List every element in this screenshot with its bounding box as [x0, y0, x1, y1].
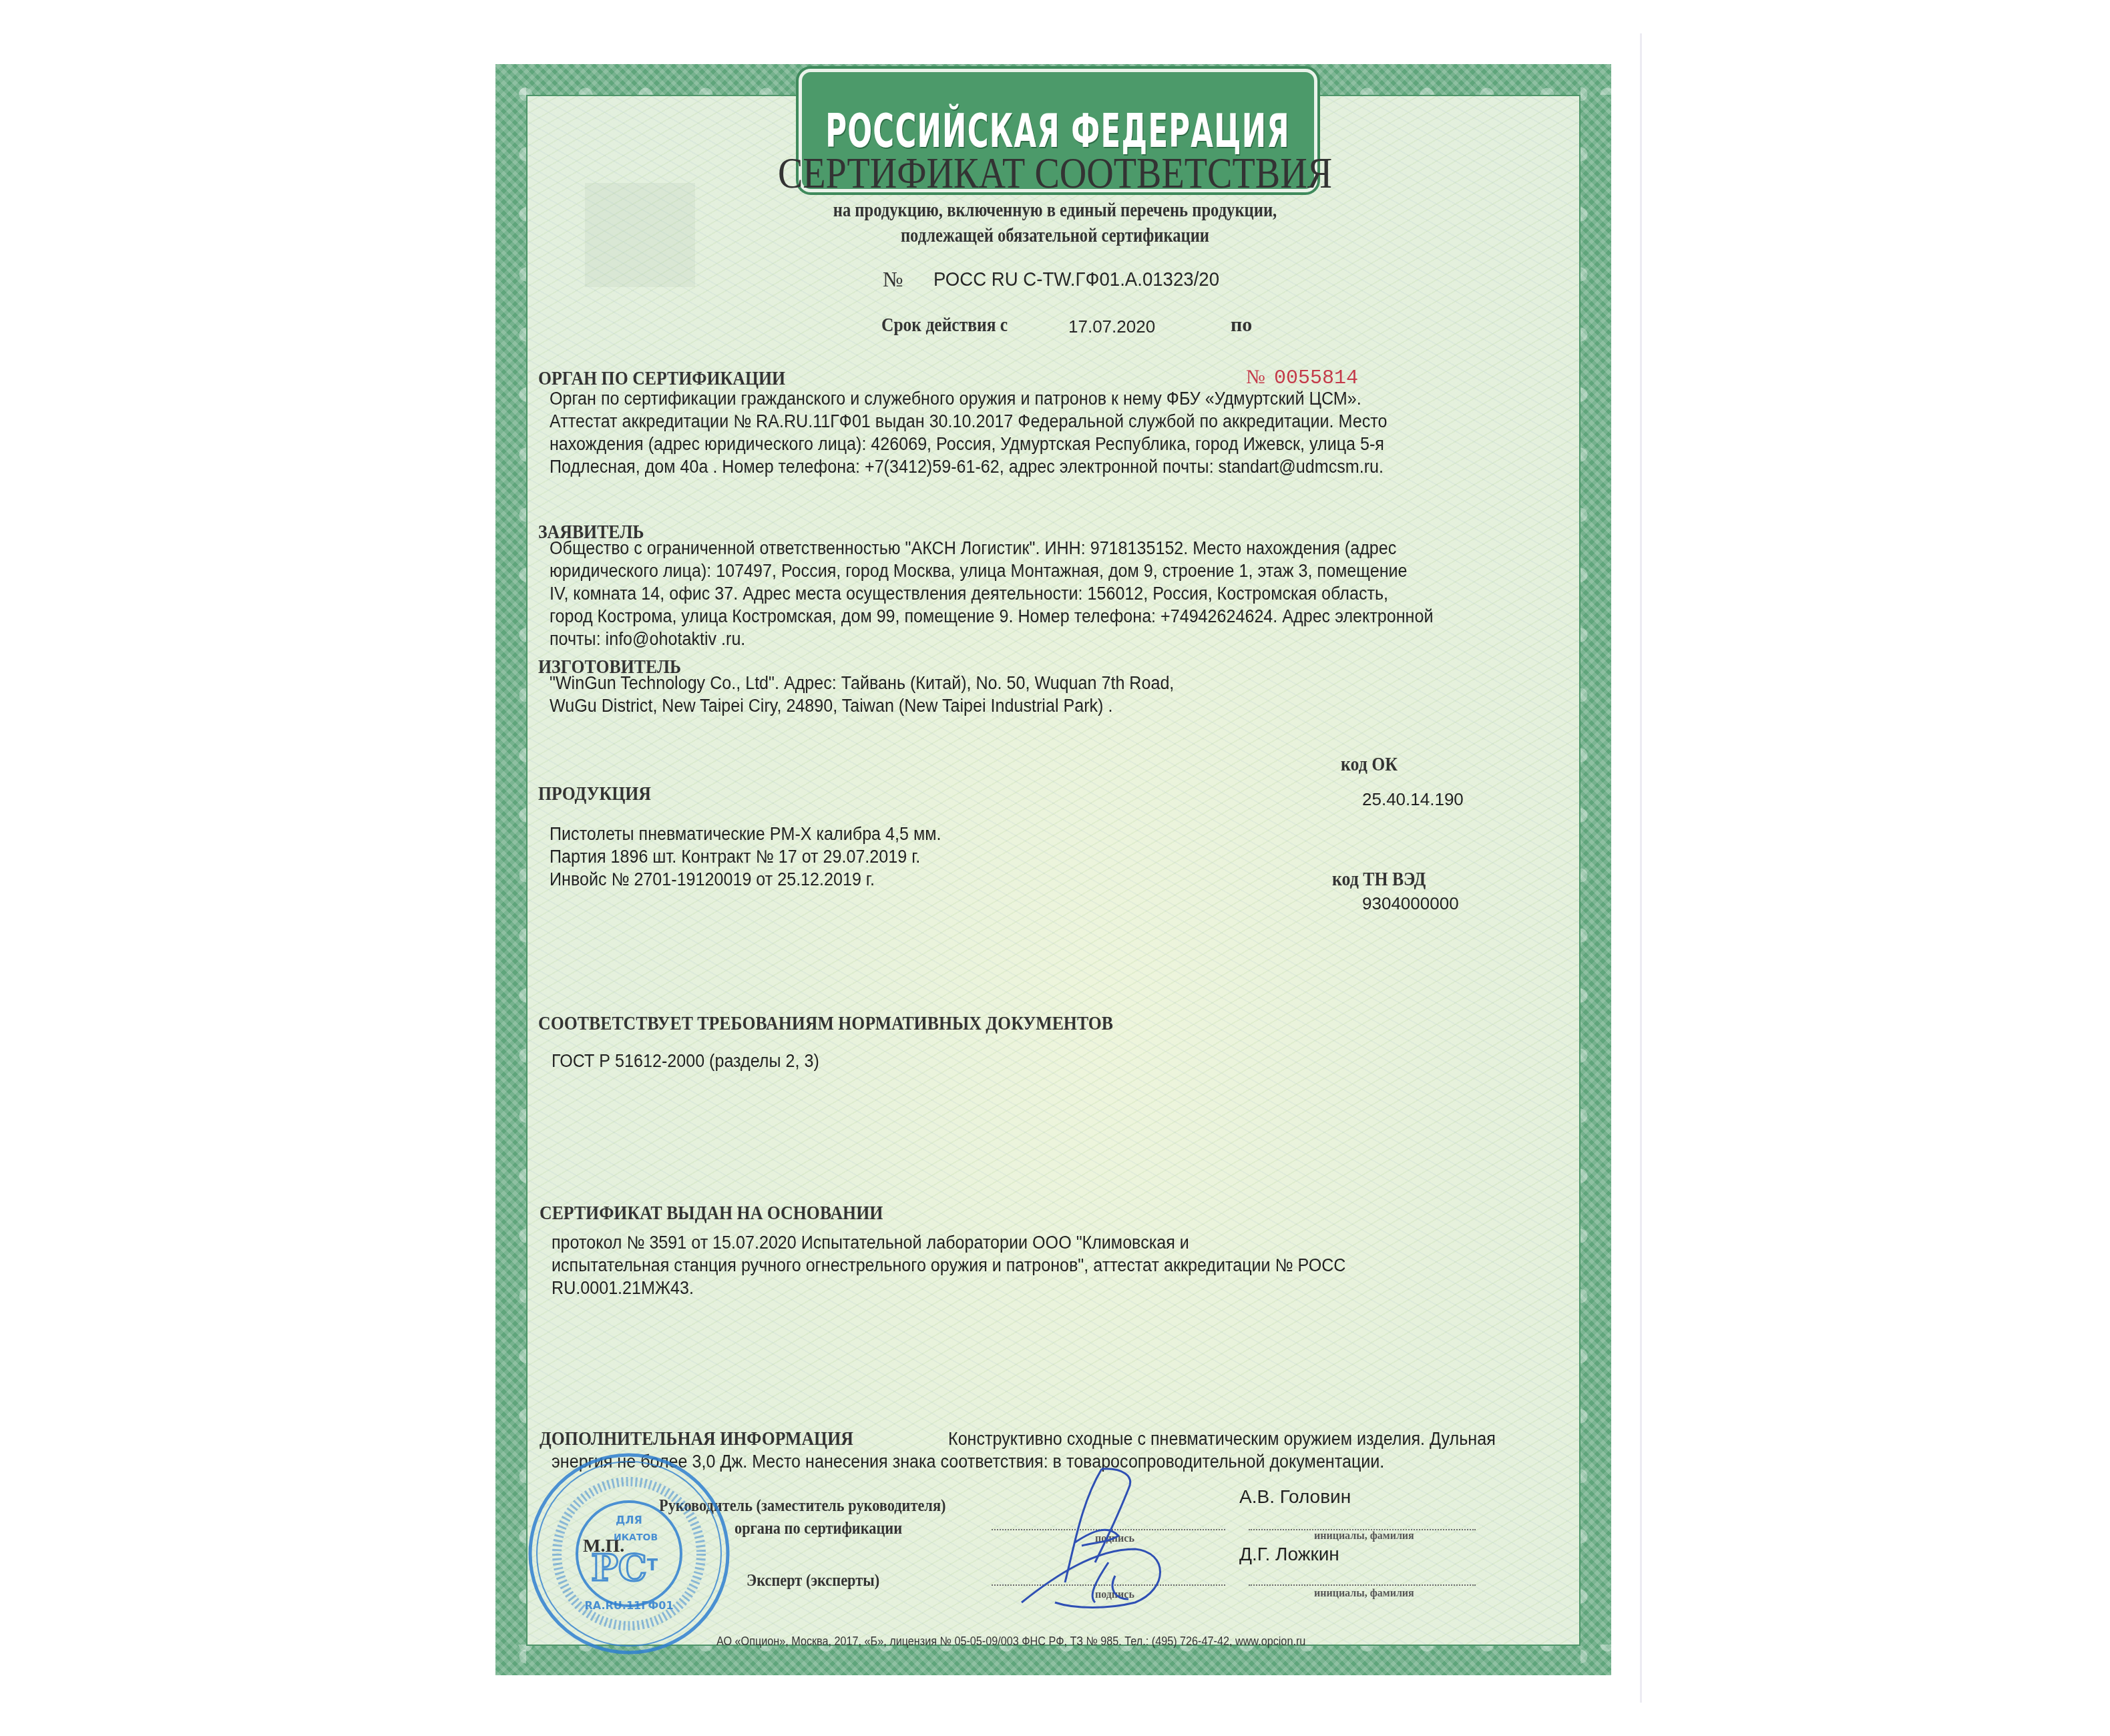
head-signatory-label-2: органа по сертификации — [734, 1518, 929, 1538]
signature-caption: подпись — [1095, 1533, 1134, 1545]
tnved-code-value: 9304000000 — [1362, 893, 1459, 914]
product-line: Партия 1896 шт. Контракт № 17 от 29.07.2… — [550, 847, 948, 867]
additional-info-heading: ДОПОЛНИТЕЛЬНАЯ ИНФОРМАЦИЯ — [540, 1428, 904, 1450]
applicant-line: почты: info@ohotaktiv .ru. — [550, 629, 760, 650]
certification-body-heading: ОРГАН ПО СЕРТИФИКАЦИИ — [538, 367, 825, 390]
certification-body-line: нахождения (адрес юридического лица): 42… — [550, 434, 1447, 455]
certification-body-line: Подлесная, дом 40а . Номер телефона: +7(… — [550, 457, 1446, 477]
manufacturer-line: WuGu District, New Taipei Ciry, 24890, T… — [550, 696, 1155, 716]
additional-info-line: энергия не более 3,0 Дж. Место нанесения… — [552, 1452, 1447, 1472]
expert-label: Эксперт (эксперты) — [747, 1570, 901, 1590]
conformity-standard: ГОСТ Р 51612-2000 (разделы 2, 3) — [552, 1051, 839, 1072]
seal-label: М.П. — [583, 1536, 624, 1557]
product-line: Пистолеты пневматические PM-X калибра 4,… — [550, 824, 971, 845]
head-signatory-label: Руководитель (заместитель руководителя) — [659, 1496, 992, 1516]
name-caption: инициалы, фамилия — [1314, 1530, 1414, 1542]
certification-body-line: Орган по сертификации гражданского и слу… — [550, 389, 1422, 409]
signature-caption: подпись — [1095, 1589, 1134, 1601]
applicant-line: юридического лица): 107497, Россия, горо… — [550, 561, 1472, 582]
conformity-heading: СООТВЕТСТВУЕТ ТРЕБОВАНИЯМ НОРМАТИВНЫХ ДО… — [538, 1012, 1207, 1035]
validity-label: Срок действия с — [881, 314, 1030, 337]
guilloche-border-right — [1580, 64, 1611, 1675]
document-title: СЕРТИФИКАТ СООТВЕТСТВИЯ — [729, 148, 1382, 199]
applicant-line: город Кострома, улица Костромская, дом 9… — [550, 606, 1500, 627]
subtitle-line-2: подлежащей обязательной сертификации — [867, 224, 1243, 247]
guilloche-border-left — [495, 64, 526, 1675]
product-heading: ПРОДУКЦИЯ — [538, 783, 669, 805]
basis-line: RU.0001.21МЖ43. — [552, 1278, 704, 1299]
scan-edge — [1640, 33, 1642, 1703]
expert-name-line — [1249, 1584, 1476, 1586]
watermark-hologram — [585, 183, 695, 287]
validity-to-label: по — [1231, 314, 1252, 337]
basis-heading: СЕРТИФИКАТ ВЫДАН НА ОСНОВАНИИ — [540, 1202, 939, 1225]
additional-info-line: Конструктивно сходные с пневматическим о… — [948, 1429, 1536, 1450]
head-signatory-name: А.В. Головин — [1239, 1486, 1351, 1508]
expert-signature-line — [992, 1584, 1225, 1586]
basis-line: испытательная станция ручного огнестрель… — [552, 1255, 1406, 1276]
validity-from: 17.07.2020 — [1068, 316, 1155, 337]
subtitle-line-1: на продукцию, включенную в единый перече… — [785, 199, 1325, 222]
tnved-code-label: код ТН ВЭД — [1332, 868, 1441, 891]
head-signature-line — [992, 1529, 1225, 1530]
guilloche-border-bottom — [495, 1645, 1611, 1675]
manufacturer-line: "WinGun Technology Co., Ltd". Адрес: Тай… — [550, 673, 1221, 694]
name-caption: инициалы, фамилия — [1314, 1588, 1414, 1600]
certification-body-line: Аттестат аккредитации № RA.RU.11ГФ01 выд… — [550, 411, 1450, 432]
blank-serial-number: 0055814 — [1274, 367, 1358, 390]
applicant-line: IV, комната 14, офис 37. Адрес места осу… — [550, 584, 1452, 604]
blank-serial-label: № — [1246, 366, 1265, 389]
certificate-number: РОСС RU C-TW.ГФ01.А.01323/20 — [933, 268, 1244, 291]
certificate-number-label: № — [883, 267, 903, 292]
applicant-line: Общество с ограниченной ответственностью… — [550, 538, 1460, 559]
expert-name: Д.Г. Ложкин — [1239, 1544, 1339, 1565]
basis-line: протокол № 3591 от 15.07.2020 Испытатель… — [552, 1233, 1237, 1253]
product-line: Инвойс № 2701-19120019 от 25.12.2019 г. — [550, 869, 899, 890]
ok-code-label: код ОК — [1341, 753, 1407, 776]
ok-code-value: 25.40.14.190 — [1362, 789, 1464, 810]
printer-imprint: АО «Опцион», Москва, 2017, «Б», лицензия… — [716, 1635, 1371, 1649]
